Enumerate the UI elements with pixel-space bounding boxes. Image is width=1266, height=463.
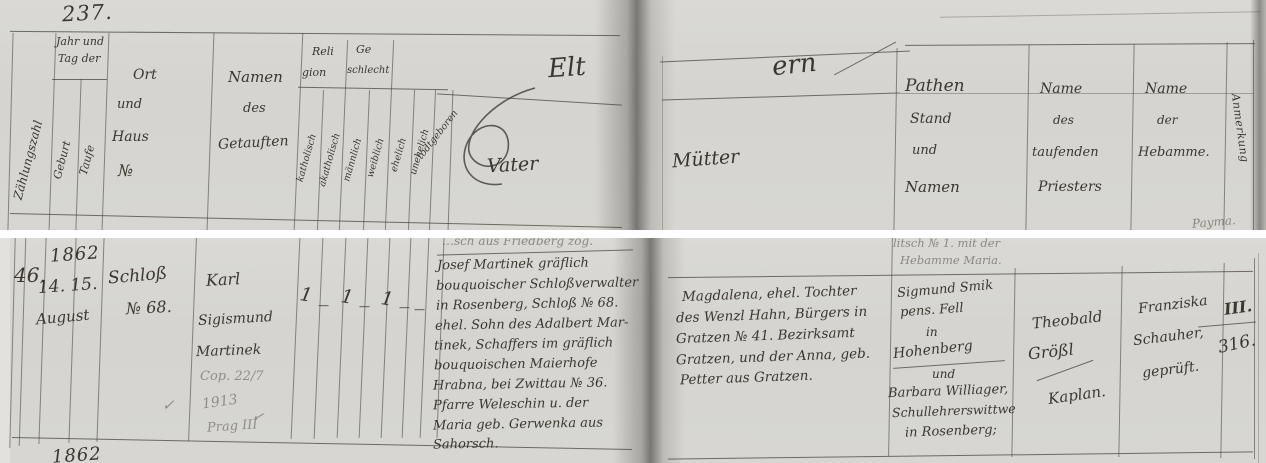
column-line [291,238,301,439]
previous-entry-fragment: …sch aus Friedberg zog. [442,238,593,247]
header-place: Ort [133,68,157,82]
column-line [420,238,430,438]
table-border [662,92,900,100]
tick-unehelich: — [399,302,410,313]
column-line [49,33,57,230]
header-date-group: Tag der [58,53,100,64]
column-line [68,238,76,443]
header-baptism: Taufe [78,144,97,177]
header-date-group: Jahr und [56,36,104,47]
flourish-line [834,42,896,76]
page-edge-line [1258,253,1259,463]
mother-text: Petter aus Gratzen. [680,370,813,388]
godparent-text: in [926,326,938,338]
header-godparents: und [912,144,937,157]
mother-text: Gratzen № 41. Bezirksamt [676,327,855,347]
father-text: tinek, Schaffers im gräflich [434,336,613,352]
godparent-text: pens. Fell [900,302,964,319]
row-line [668,451,1253,459]
tick-todtgeboren: — [414,304,425,315]
father-text: ehel. Sohn des Adalbert Mar- [435,316,629,332]
header-father: Vater [487,155,539,177]
header-religion: gion [302,67,326,78]
header-midwife: Hebamme. [1138,146,1210,159]
header-tick-katholisch: katholisch [296,133,319,183]
mother-text: Gratzen, und der Anna, geb. [676,348,870,368]
header-midwife: der [1157,114,1178,126]
checkmark-icon: ✓ [250,409,265,425]
godparent-text: und [932,368,955,380]
column-line [7,33,13,230]
header-tick-weiblich: weiblich [366,137,386,178]
header-remark: Anmerkung [1230,93,1251,163]
column-line [1118,266,1122,457]
column-line [337,238,347,438]
entry-year: 1862 [49,244,100,265]
priest-name: Theobald [1031,309,1103,331]
previous-entry-fragment: Hebamme Maria. [900,255,1002,267]
column-line [1254,258,1255,459]
header-midwife: Name [1145,82,1187,96]
header-place: und [117,98,142,111]
header-religion: Reli [312,46,334,57]
register-header-strip: 237. Zählungszahl Jahr und Tag [0,0,1266,230]
header-mother: Mütter [671,148,739,172]
header-parents-right: ern [771,50,818,81]
midwife-status: geprüft. [1141,360,1199,381]
column-line [102,33,110,230]
flourish-line [1037,360,1094,381]
column-line [1011,268,1015,457]
column-line [96,238,104,442]
table-border [940,11,1260,18]
header-tick-ehelich: ehelich [390,137,409,173]
father-text: Sahorsch. [433,437,499,451]
godparent-text: in Rosenberg; [905,423,997,439]
header-parents-left: Elt [547,54,586,83]
table-border [905,43,1255,46]
ink-flourish [450,80,545,195]
priest-title: Kaplan. [1047,384,1106,407]
header-priest: taufenden [1032,146,1099,159]
corner-fragment: Payma. [1192,214,1237,230]
column-line [1220,263,1224,458]
remark-reference: 316. [1217,332,1258,356]
header-godparents: Stand [910,112,952,126]
header-sex: schlecht [347,66,389,76]
header-priest: Name [1040,82,1082,96]
entry-child-name: Karl [206,271,241,289]
column-line [662,56,663,230]
tick-weiblich: — [359,301,370,312]
remark-reference: III. [1223,298,1253,318]
next-entry-fragment: 1862 [51,445,102,463]
entry-month: August [35,308,90,328]
column-line [1223,42,1227,230]
header-priest: Priesters [1038,180,1102,194]
page-margin [0,238,10,463]
header-name: Getauften [218,134,289,152]
godparent-text: Sigmund Smik [897,279,994,300]
column-line [1025,45,1029,230]
column-line [207,33,215,230]
father-text: bouquoischer Schloßverwalter [436,276,638,293]
marriage-note: 1913 [201,393,238,412]
entry-child-name: Sigismund [198,310,274,328]
column-line [402,238,412,438]
godparent-text: Schullehrerswittwe [892,403,1016,420]
checkmark-icon: ✓ [162,398,175,413]
header-place: Haus [112,130,149,144]
entry-place: Schloß [107,265,167,287]
row-line [437,249,633,255]
column-line [429,90,436,230]
table-border [298,87,448,91]
column-line [381,238,391,438]
strip-divider [0,230,1266,238]
row-line [12,437,632,450]
father-text: Maria geb. Gerwenka aus [433,417,603,433]
header-godparents: Namen [905,180,960,195]
header-sex: Ge [356,44,371,55]
column-line [359,238,369,438]
father-text: Hrabna, bei Zwittau № 36. [433,376,608,392]
godparent-text: Barbara Williager, [888,383,1009,400]
tick-maennlich: 1 [339,287,354,308]
midwife-name: Schauher, [1132,326,1204,349]
previous-entry-fragment: litsch № 1. mit der [893,238,1000,250]
column-line [893,48,897,230]
header-tick-maennlich: männlich [342,137,363,182]
father-text: in Rosenberg, Schloß № 68. [436,296,619,312]
header-place: № [118,163,133,179]
register-entry-strip: 46. 1862 14. 15. August Schloß № 68. Kar… [0,238,1266,463]
header-birth: Geburt [52,140,73,181]
midwife-name: Franziska [1137,294,1208,316]
table-border [52,79,107,80]
father-text: Pfarre Weleschin u. der [433,397,588,413]
header-priest: des [1053,114,1074,126]
column-line [314,238,324,439]
tick-katholisch: 1 [298,285,313,306]
header-godparents: Pathen [905,78,965,95]
entry-child-name: Martinek [196,343,262,359]
entry-days: 14. 15. [37,276,98,297]
page-number: 237. [61,2,113,26]
flourish-line [1198,321,1256,327]
register-scan: 237. Zählungszahl Jahr und Tag [0,0,1266,463]
column-line [294,33,304,230]
entry-house-number: № 68. [126,299,172,317]
father-text: Josef Martinek gräflich [437,257,589,273]
column-line [188,238,197,441]
tick-ehelich: 1 [379,289,394,310]
column-line [1130,44,1134,230]
godparent-text: Hohenberg [892,339,973,361]
father-text: bouquoischen Maierhofe [434,357,598,373]
header-index: Zählungszahl [12,119,45,201]
mother-text: Magdalena, ehel. Tochter [682,285,857,305]
column-line [1253,40,1254,230]
marriage-note: Cop. 22/7 [200,370,264,383]
header-name: Namen [228,70,283,85]
header-name: des [243,102,266,115]
tick-akatholisch: — [318,300,329,311]
book-gutter-shadow [613,238,685,463]
row-line [668,271,1253,278]
mother-text: des Wenzl Hahn, Bürgers in [676,306,868,326]
priest-name: Größl [1027,342,1074,363]
